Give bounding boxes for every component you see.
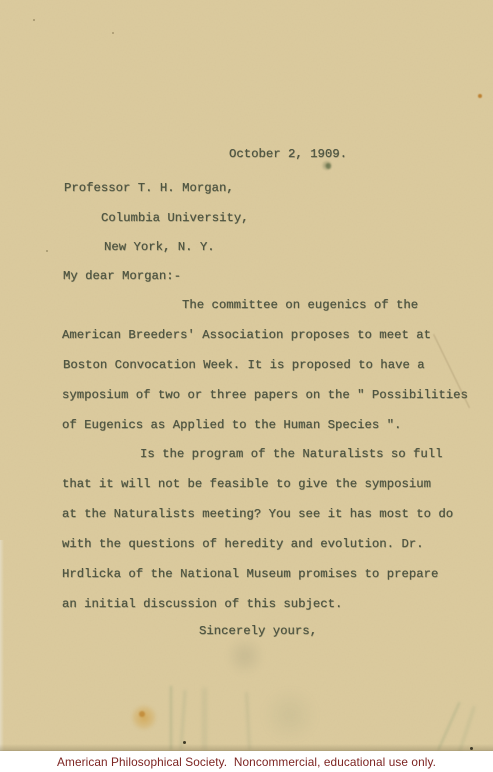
paper-speck bbox=[112, 32, 114, 34]
ink-smudge bbox=[326, 163, 331, 169]
letter-line-13: at the Naturalists meeting? You see it h… bbox=[62, 507, 453, 522]
letter-line-12: that it will not be feasible to give the… bbox=[62, 477, 431, 492]
paper-speck bbox=[478, 94, 482, 98]
letter-line-15: Hrdlicka of the National Museum promises… bbox=[62, 567, 438, 582]
paper-speck bbox=[33, 19, 35, 21]
paper-bottom-edge bbox=[0, 744, 493, 751]
letter-line-17: Sincerely yours, bbox=[199, 624, 317, 639]
gray-smudge bbox=[260, 690, 320, 740]
letter-line-1: October 2, 1909. bbox=[229, 147, 347, 162]
yellow-stain bbox=[131, 704, 157, 731]
letter-paper: October 2, 1909.Professor T. H. Morgan,C… bbox=[0, 0, 493, 751]
gray-smudge bbox=[228, 634, 262, 678]
letter-line-11: Is the program of the Naturalists so ful… bbox=[140, 447, 443, 462]
letter-line-4: New York, N. Y. bbox=[104, 240, 215, 255]
letter-line-9: symposium of two or three papers on the … bbox=[62, 388, 468, 403]
paper-left-edge bbox=[0, 540, 4, 751]
letter-line-6: The committee on eugenics of the bbox=[182, 298, 418, 313]
attribution-caption: American Philosophical Society. Noncomme… bbox=[57, 755, 436, 769]
scanned-letter-page: October 2, 1909.Professor T. H. Morgan,C… bbox=[0, 0, 493, 772]
letter-line-5: My dear Morgan:- bbox=[63, 269, 181, 284]
letter-line-3: Columbia University, bbox=[101, 211, 249, 226]
yellow-stain bbox=[139, 711, 145, 717]
letter-line-7: American Breeders' Association proposes … bbox=[62, 328, 431, 343]
letter-line-10: of Eugenics as Applied to the Human Spec… bbox=[62, 418, 401, 433]
letter-line-14: with the questions of heredity and evolu… bbox=[62, 537, 424, 552]
green-streak bbox=[438, 702, 461, 750]
green-streak bbox=[203, 688, 206, 750]
green-streak bbox=[245, 692, 250, 750]
letter-line-8: Boston Convocation Week. It is proposed … bbox=[63, 358, 425, 373]
green-streak bbox=[170, 686, 172, 750]
green-streak bbox=[180, 690, 186, 750]
letter-line-2: Professor T. H. Morgan, bbox=[64, 181, 234, 196]
paper-speck bbox=[46, 250, 48, 252]
letter-line-16: an initial discussion of this subject. bbox=[62, 597, 342, 612]
attribution-bar: American Philosophical Society. Noncomme… bbox=[0, 751, 493, 772]
